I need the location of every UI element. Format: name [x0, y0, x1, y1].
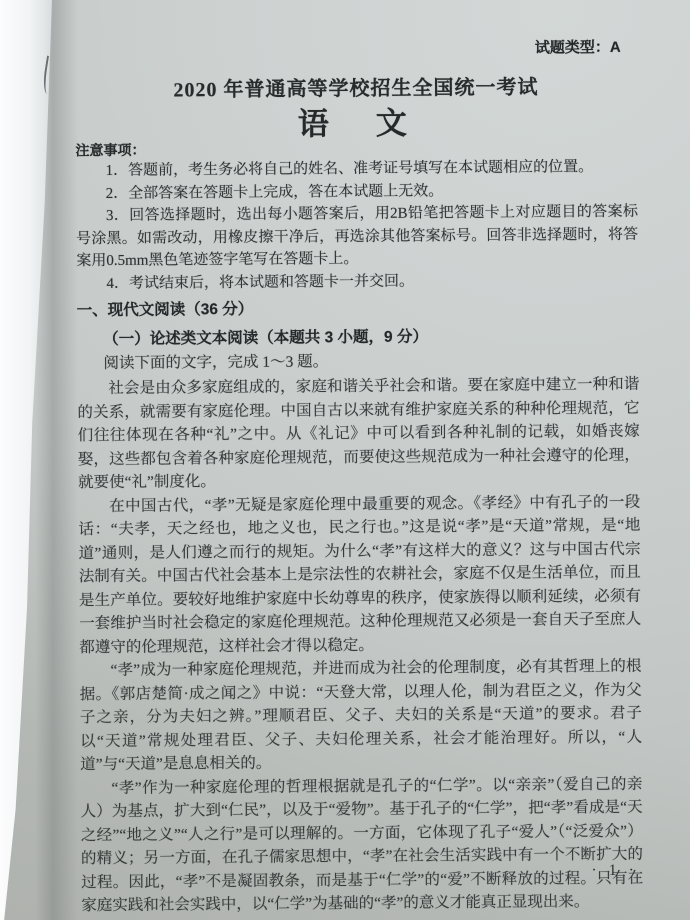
exam-type-label: 试题类型：A	[535, 36, 621, 58]
passage-paragraph: “孝”成为一种家庭伦理规范，并进而成为社会的伦理制度，必有其哲理上的根据。《郭店…	[79, 655, 642, 777]
section-heading: 一、现代文阅读（36 分）	[77, 296, 639, 322]
passage-instruction: 阅读下面的文字，完成 1～3 题。	[77, 349, 639, 375]
photographed-exam-page: 试题类型：A 2020 年普通高等学校招生全国统一考试 语 文 注意事项： 1．…	[0, 0, 690, 920]
note-item: 3．回答选择题时，选出每小题答案后，用2B铅笔把答题卡上对应题目的答案标号涂黑。…	[76, 201, 639, 273]
exam-title: 2020 年普通高等学校招生全国统一考试	[75, 74, 637, 104]
passage: 社会是由众多家庭组成的，家庭和谐关乎社会和谐。要在家庭中建立一种和谐的关系，就需…	[77, 373, 643, 918]
subsection-heading: （一）论述类文本阅读（本题共 3 小题，9 分）	[77, 325, 639, 351]
note-item: 1．答题前，考生务必将自己的姓名、准考证号填写在本试题相应的位置。	[76, 156, 638, 183]
passage-paragraph: 在中国古代，“孝”无疑是家庭伦理中最重要的观念。《孝经》中有孔子的一段话：“夫孝…	[78, 490, 641, 659]
passage-paragraph: 社会是由众多家庭组成的，家庭和谐关乎社会和谐。要在家庭中建立一种和谐的关系，就需…	[77, 373, 640, 495]
page-number: · 1 ·	[591, 862, 638, 880]
notes-list: 1．答题前，考生务必将自己的姓名、准考证号填写在本试题相应的位置。2．全部答案在…	[76, 156, 639, 295]
exam-paper-content: 试题类型：A 2020 年普通高等学校招生全国统一考试 语 文 注意事项： 1．…	[75, 34, 644, 918]
passage-paragraph: “孝”作为一种家庭伦理的哲理根据就是孔子的“仁学”。以“亲亲”（爱自己的亲人）为…	[80, 772, 643, 917]
note-item: 4．考试结束后，将本试题和答题卡一并交回。	[76, 268, 638, 295]
notes-block: 注意事项： 1．答题前，考生务必将自己的姓名、准考证号填写在本试题相应的位置。2…	[75, 136, 638, 295]
